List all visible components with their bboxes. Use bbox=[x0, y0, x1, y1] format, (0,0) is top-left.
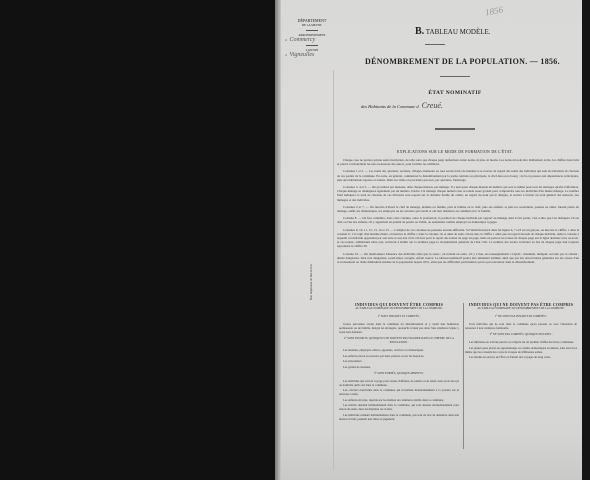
form-label: B. TABLEAU MODÈLE. bbox=[415, 26, 491, 37]
commune-label: des Habitants de la Commune d bbox=[361, 104, 419, 109]
box-item: Les individus qui sont en voyage pour ca… bbox=[339, 379, 459, 387]
explanations-body: Chaque case ne portera qu'une seule insc… bbox=[337, 158, 579, 267]
box-section-heading: 1° NE SONT PAS INSCRITS NI COMPTÉS : bbox=[465, 315, 577, 319]
box-subtitle: AU TABLEAU NOMINATIF DU DÉNOMBREMENT DE … bbox=[465, 307, 577, 311]
form-type: TABLEAU MODÈLE. bbox=[426, 28, 491, 36]
commune-line: des Habitants de la Commune dCreué. bbox=[361, 101, 561, 110]
box-item: Les militaires en activité placés ou com… bbox=[465, 340, 577, 344]
divider bbox=[425, 44, 445, 45]
box-item: Les enfants placés en nourrice par leurs… bbox=[339, 354, 459, 358]
divider bbox=[306, 45, 318, 46]
page-binding-shadow bbox=[275, 0, 281, 480]
ornament-divider bbox=[435, 128, 475, 130]
box-item: Les prisonniers. bbox=[339, 359, 459, 363]
pencil-annotation: 1856 bbox=[484, 5, 503, 18]
etat-nominatif-title: ÉTAT NOMINATIF bbox=[375, 90, 535, 96]
scanner-background bbox=[0, 0, 275, 480]
box-item: Les enfants envoyés, répartis par les ma… bbox=[339, 398, 459, 402]
divider bbox=[306, 30, 318, 31]
scanner-right-edge bbox=[582, 0, 590, 480]
explanation-paragraph: Colonnes 9, 10, 11, 12, 13, 14 et 15. — … bbox=[337, 228, 579, 249]
box-section-heading: 3° SONT PORTÉS, QUOIQUE ABSENTS : bbox=[339, 372, 459, 376]
explanation-paragraph: Chaque case ne portera qu'une seule insc… bbox=[337, 158, 579, 166]
arrondissement-field: dCommercy bbox=[285, 38, 335, 43]
explanation-paragraph: Colonne 16. — On mentionnera l'absence d… bbox=[337, 252, 579, 265]
form-letter: B. bbox=[415, 26, 424, 37]
box-item: Toutes personnes vivant dans la commune … bbox=[339, 322, 459, 334]
box-item: Les ouvriers domiciliés dans la commune … bbox=[339, 388, 459, 396]
box-item: Les gardes de douanes. bbox=[339, 365, 459, 369]
margin-printer-stamp: Bon imprimeur de Bar-le-Duc bbox=[309, 264, 313, 300]
box-item: Les marins résidant habituellement dans … bbox=[339, 403, 459, 411]
explanation-paragraph: Colonnes 3, 4 et 5. — On procédera par m… bbox=[337, 185, 579, 202]
box-section-heading: 1° SONT INSCRITS ET COMPTÉS : bbox=[339, 315, 459, 319]
box-section-heading: 2° SONT INSCRITS, QUOIQU'ILS NE DOIVENT … bbox=[339, 337, 459, 345]
canton-field: dVigneulles bbox=[285, 53, 335, 58]
header-jurisdiction-block: DÉPARTEMENT DE LA MEUSE. ARRONDISSEMENT … bbox=[289, 18, 335, 58]
explanation-paragraph: Colonne 8. — On fera connaître, dans cet… bbox=[337, 216, 579, 224]
explanation-paragraph: Colonnes 6 et 7. — On inscrira d'abord l… bbox=[337, 205, 579, 213]
document-page: 1856 DÉPARTEMENT DE LA MEUSE. ARRONDISSE… bbox=[275, 0, 582, 480]
box-item: Les marins au service de l'État ou faisa… bbox=[465, 355, 577, 359]
box-item: Les individus résidant habituellement da… bbox=[339, 413, 459, 421]
box-item: Les jeunes gens placés en apprentissage … bbox=[465, 346, 577, 354]
box-section-heading: 2° NE SONT PAS COMPTÉS, QUOIQUE INSCRITS… bbox=[465, 333, 577, 337]
box-item: Les malades, employés, élèves, apprentis… bbox=[339, 348, 459, 352]
explanations-title: EXPLICATIONS SUR LE MODE DE FORMATION DE… bbox=[375, 150, 535, 154]
box-item: Tous individus qui ne sont dans la commu… bbox=[465, 322, 577, 330]
departement-value: DE LA MEUSE. bbox=[289, 23, 335, 28]
explanation-paragraph: Colonnes 1 et 2. — Les noms des quartier… bbox=[337, 169, 579, 182]
divider bbox=[440, 76, 470, 77]
included-individuals-box: INDIVIDUS QUI DOIVENT ÊTRE COMPRIS AU TA… bbox=[339, 303, 464, 449]
box-subtitle: AU TABLEAU NOMINATIF DU DÉNOMBREMENT DE … bbox=[339, 307, 459, 311]
commune-value: Creué. bbox=[422, 101, 443, 110]
excluded-individuals-box: INDIVIDUS QUI NE DOIVENT PAS ÊTRE COMPRI… bbox=[465, 303, 577, 361]
page-title: DÉNOMBREMENT DE LA POPULATION. — 1856. bbox=[365, 57, 575, 66]
margin-rule bbox=[333, 70, 334, 470]
